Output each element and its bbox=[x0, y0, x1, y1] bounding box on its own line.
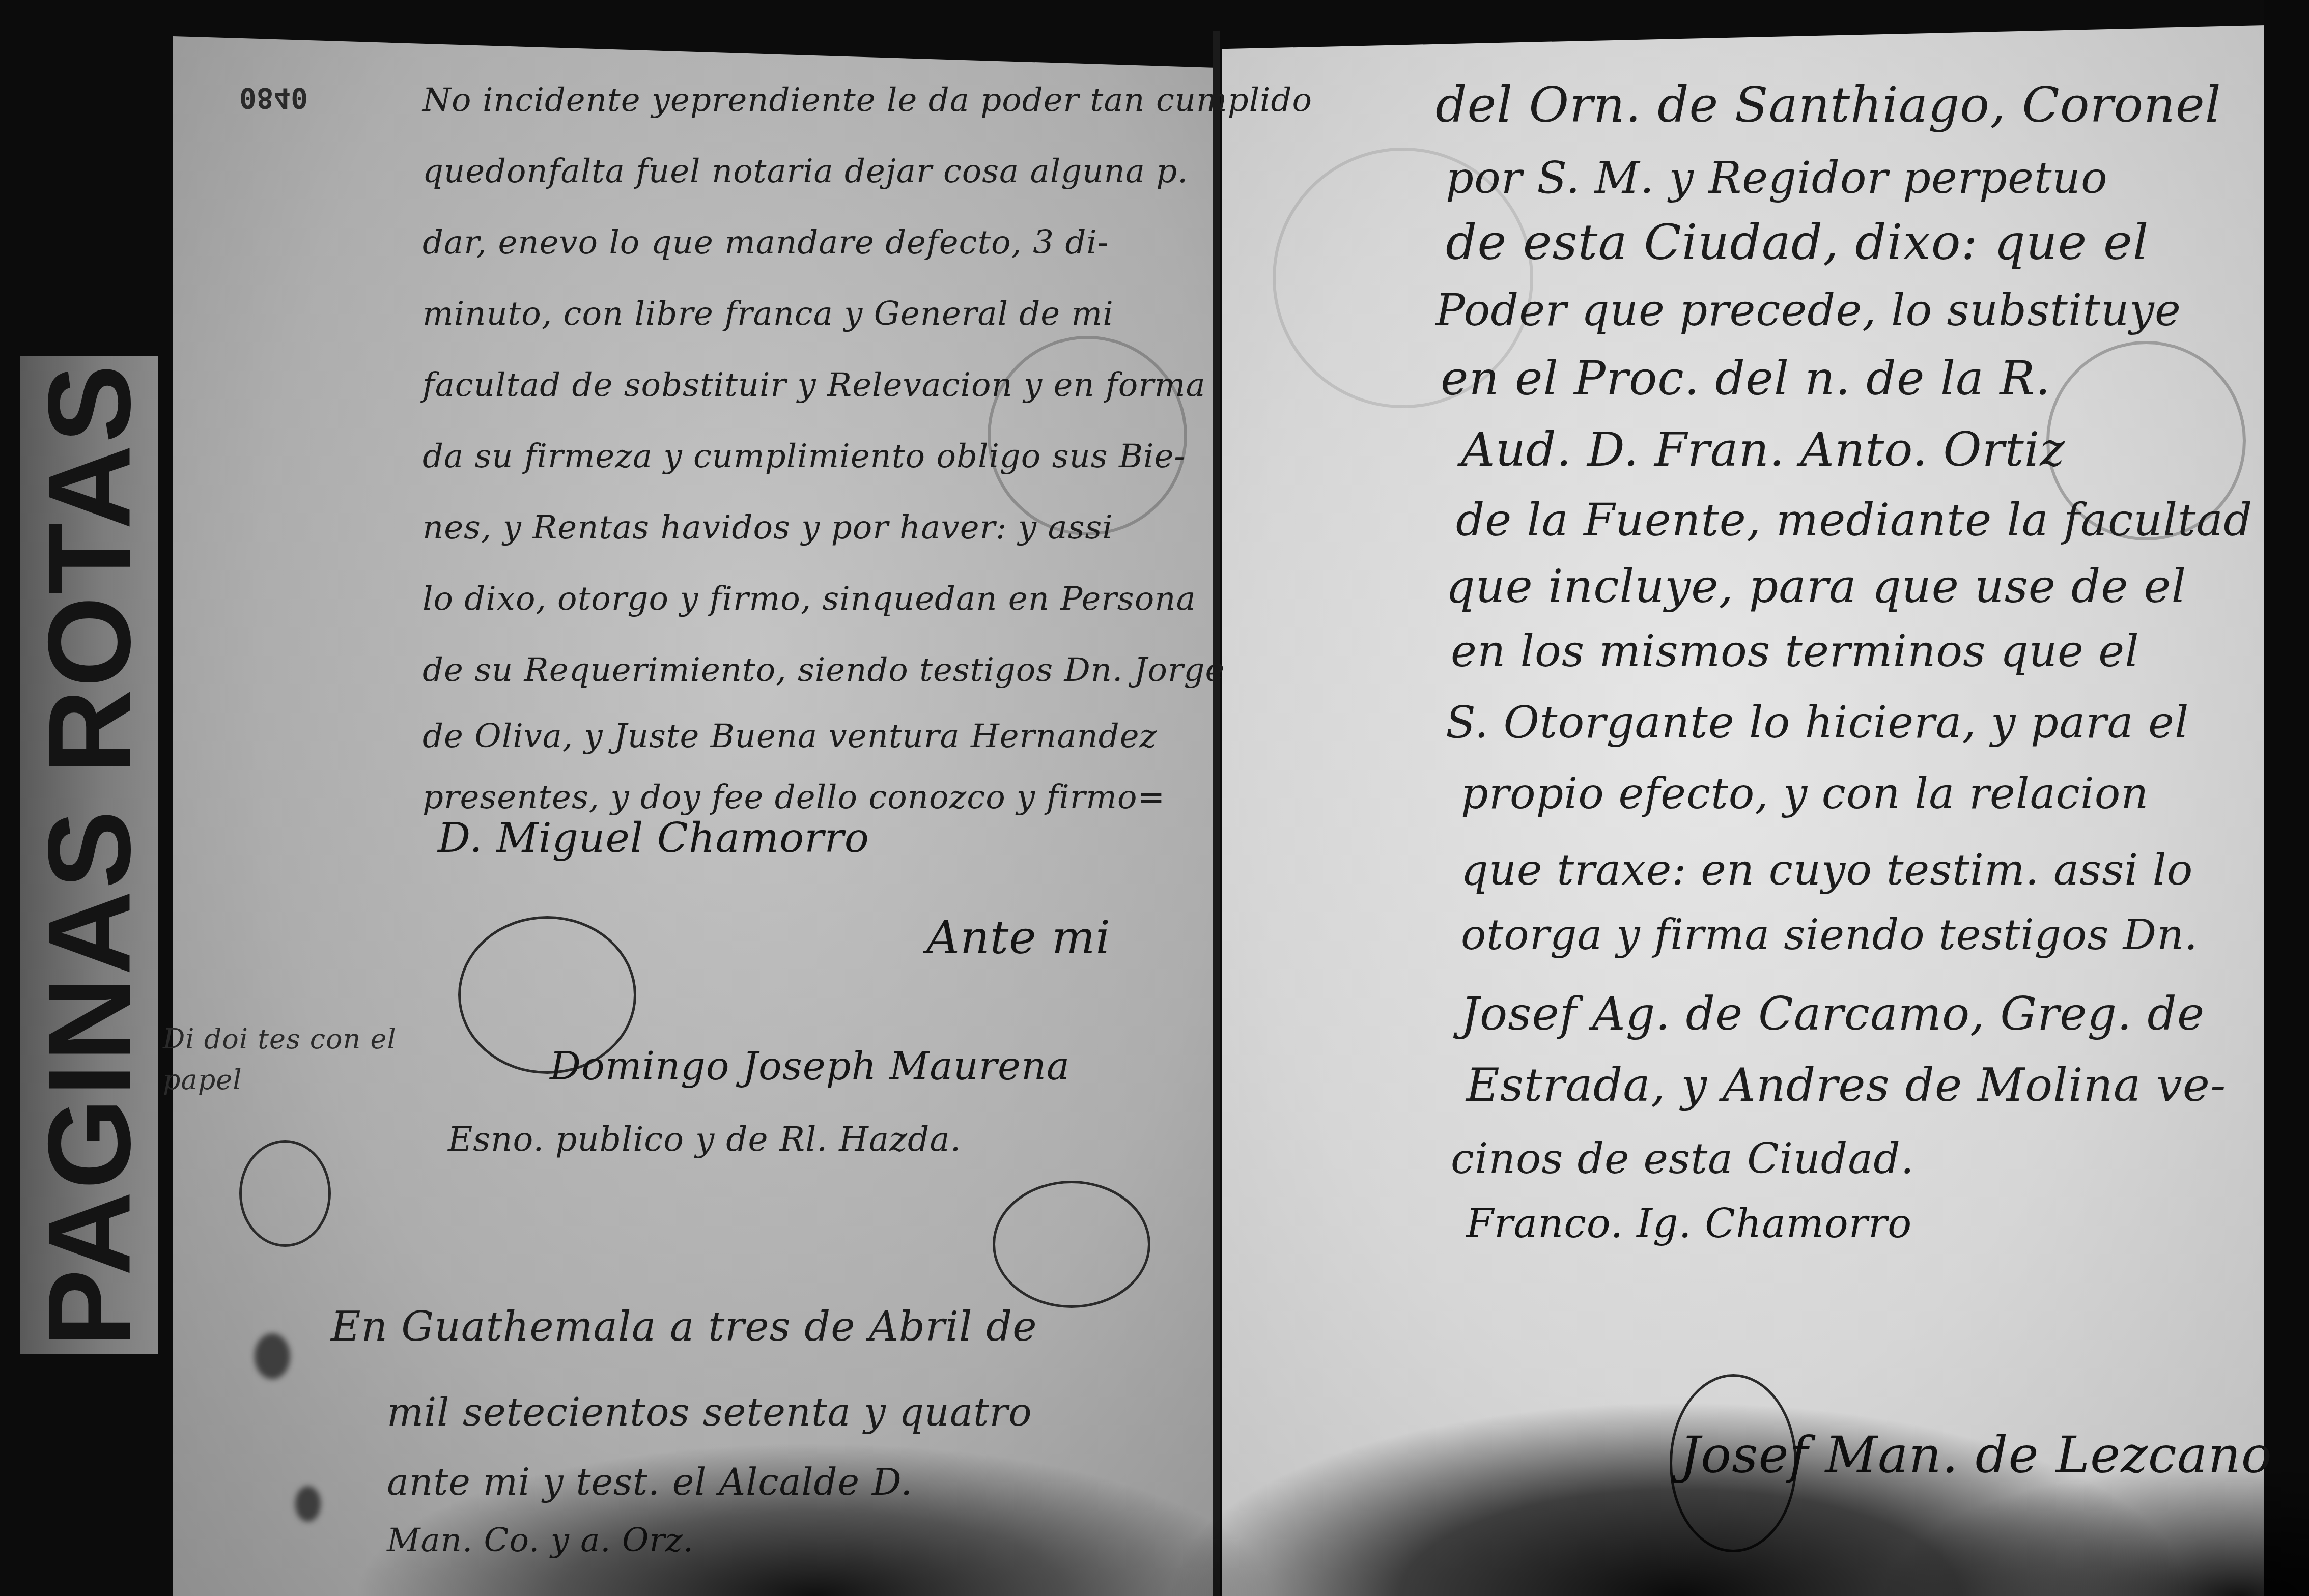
closing-line-2: mil setecientos setenta y quatro bbox=[387, 1389, 1032, 1435]
signature-miguel-chamorro: D. Miguel Chamorro bbox=[438, 814, 869, 862]
notary-name: Domingo Joseph Maurena bbox=[550, 1043, 1070, 1089]
left-line-3: dar, enevo lo que mandare defecto, 3 di- bbox=[423, 224, 1109, 262]
right-line-5: en el Proc. del n. de la R. bbox=[1441, 351, 2051, 406]
broken-pages-label-text: PAGINAS ROTAS bbox=[22, 363, 157, 1348]
right-line-11: propio efecto, y con la relacion bbox=[1461, 768, 2149, 818]
left-line-7: nes, y Rentas havidos y por haver: y ass… bbox=[423, 509, 1113, 547]
closing-line-1: En Guathemala a tres de Abril de bbox=[331, 1303, 1037, 1350]
right-line-7: de la Fuente, mediante la facultad bbox=[1456, 494, 2252, 546]
left-line-4: minuto, con libre franca y General de mi bbox=[423, 295, 1114, 333]
left-line-6: da su firmeza y cumplimiento obligo sus … bbox=[423, 438, 1186, 475]
right-line-9: en los mismos terminos que el bbox=[1451, 626, 2139, 677]
broken-pages-label: PAGINAS ROTAS bbox=[20, 356, 158, 1354]
left-line-10: de Oliva, y Juste Buena ventura Hernande… bbox=[423, 718, 1157, 755]
right-line-14: Josef Ag. de Carcamo, Greg. de bbox=[1461, 987, 2205, 1041]
signature-francisco-chamorro: Franco. Ig. Chamorro bbox=[1466, 1201, 1912, 1247]
left-line-2: quedonfalta fuel notaria dejar cosa algu… bbox=[423, 153, 1188, 190]
notary-title: Esno. publico y de Rl. Hazda. bbox=[448, 1120, 962, 1159]
left-line-8: lo dixo, otorgo y firmo, sinquedan en Pe… bbox=[423, 580, 1196, 618]
right-line-13: otorga y firma siendo testigos Dn. bbox=[1461, 911, 2198, 959]
right-line-12: que traxe: en cuyo testim. assi lo bbox=[1461, 845, 2193, 895]
manuscript-spread: PAGINAS ROTAS 0840 No incidente yeprendi… bbox=[0, 0, 2309, 1596]
marginal-note-line-1: Di doi tes con el bbox=[163, 1023, 397, 1055]
book-spine bbox=[1213, 31, 1220, 1596]
right-line-10: S. Otorgante lo hiciera, y para el bbox=[1446, 697, 2189, 748]
wax-seal-mark bbox=[988, 336, 1187, 535]
marginal-note-line-2: papel bbox=[163, 1064, 242, 1096]
folio-stamp: 0840 bbox=[239, 81, 308, 115]
notary-rubric-flourish-2 bbox=[993, 1181, 1150, 1308]
right-line-15: Estrada, y Andres de Molina ve- bbox=[1466, 1059, 2226, 1112]
closing-line-3: ante mi y test. el Alcalde D. bbox=[387, 1461, 913, 1503]
right-line-16: cinos de esta Ciudad. bbox=[1451, 1135, 1914, 1183]
ink-blot bbox=[255, 1333, 290, 1379]
signature-ante-mi: Ante mi bbox=[926, 911, 1111, 964]
right-line-6: Aud. D. Fran. Anto. Ortiz bbox=[1461, 422, 2065, 477]
signature-josef-lezcano: Josef Man. de Lezcano bbox=[1680, 1425, 2272, 1485]
right-line-4: Poder que precede, lo substituye bbox=[1435, 285, 2181, 336]
marginal-rubric bbox=[239, 1140, 331, 1247]
left-line-1: No incidente yeprendiente le da poder ta… bbox=[423, 81, 1312, 119]
scan-border bbox=[2264, 0, 2309, 1596]
left-line-9: de su Requerimiento, siendo testigos Dn.… bbox=[423, 651, 1225, 689]
right-line-8: que incluye, para que use de el bbox=[1446, 560, 2186, 613]
right-line-3: de esta Ciudad, dixo: que el bbox=[1446, 214, 2149, 271]
ink-blot bbox=[295, 1486, 321, 1522]
right-line-1: del Orn. de Santhiago, Coronel bbox=[1435, 76, 2221, 133]
left-line-11: presentes, y doy fee dello conozco y fir… bbox=[423, 779, 1165, 816]
left-line-5: facultad de sobstituir y Relevacion y en… bbox=[423, 366, 1206, 404]
right-line-2: por S. M. y Regidor perpetuo bbox=[1446, 153, 2108, 204]
closing-line-4: Man. Co. y a. Orz. bbox=[387, 1522, 694, 1559]
